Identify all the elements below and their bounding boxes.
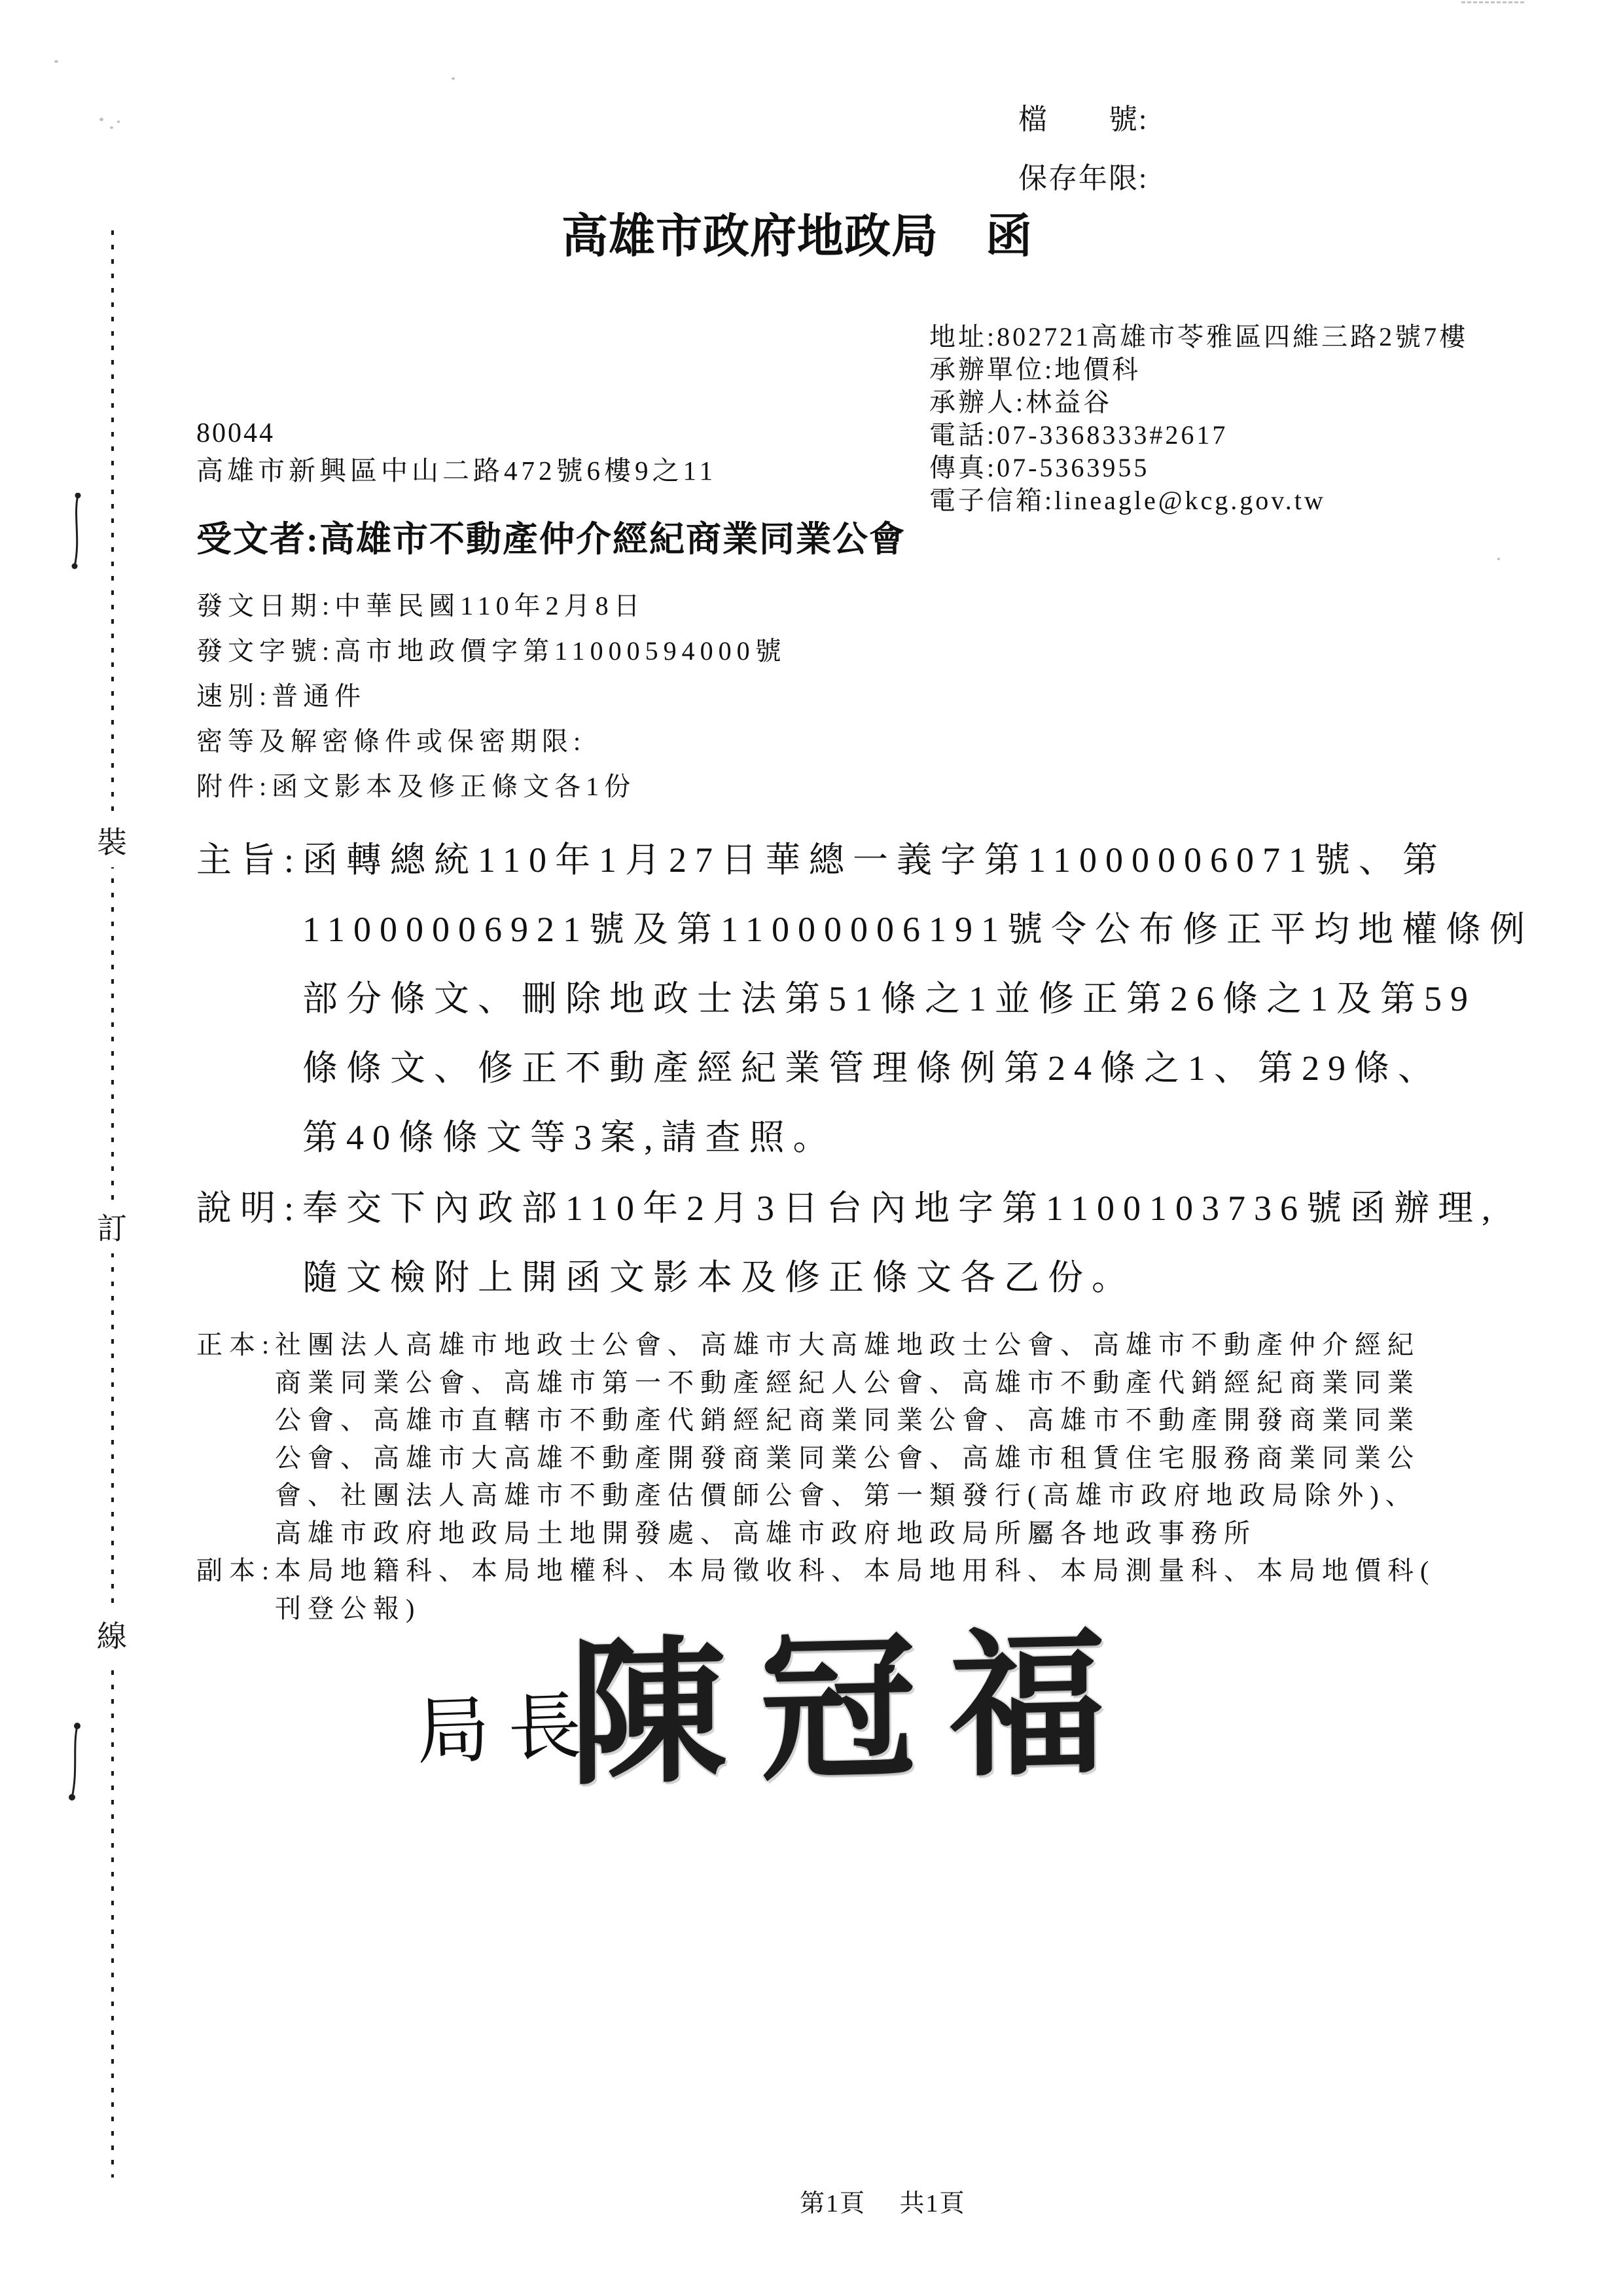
director-signature: 陳冠福 bbox=[569, 1577, 1139, 1814]
primary-recipients-line: 高雄市政府地政局土地開發處、高雄市政府地政局所屬各地政事務所 bbox=[275, 1518, 1257, 1549]
primary-recipients-line: 會、社團法人高雄市不動產估價師公會、第一類發行(高雄市政府地政局除外)、 bbox=[275, 1480, 1418, 1511]
copy-recipients-line: 刊登公報) bbox=[275, 1594, 421, 1624]
primary-recipients-line: 社團法人高雄市地政士公會、高雄市大高雄地政士公會、高雄市不動產仲介經紀 bbox=[275, 1330, 1420, 1360]
explanation-label: 說明: bbox=[196, 1188, 302, 1229]
subject-line: 部分條文、刪除地政士法第51條之1並修正第26條之1及第59 bbox=[302, 978, 1476, 1019]
copy-recipients-line: 本局地籍科、本局地權科、本局徵收科、本局地用科、本局測量科、本局地價科( bbox=[275, 1556, 1435, 1586]
contact-phone: 電話:07-3368333#2617 bbox=[929, 420, 1228, 450]
retention-period-label: 保存年限: bbox=[1018, 162, 1148, 196]
primary-recipients-line: 商業同業公會、高雄市第一不動產經紀人公會、高雄市不動產代銷經紀商業同業 bbox=[275, 1368, 1420, 1398]
recipient-line: 受文者:高雄市不動產仲介經紀商業同業公會 bbox=[196, 519, 906, 560]
scan-noise-speck bbox=[110, 126, 113, 129]
addressee-address: 高雄市新興區中山二路472號6樓9之11 bbox=[196, 456, 717, 486]
scan-noise-speck bbox=[54, 60, 58, 63]
contact-address: 地址:802721高雄市苓雅區四維三路2號7樓 bbox=[929, 322, 1468, 352]
copy-recipients-label: 副本: bbox=[196, 1556, 276, 1586]
contact-person: 承辦人:林益谷 bbox=[929, 387, 1112, 418]
subject-line: 函轉總統110年1月27日華總一義字第11000006071號、第 bbox=[302, 840, 1446, 880]
scan-noise-speck bbox=[452, 77, 455, 80]
subject-label: 主旨: bbox=[196, 840, 302, 880]
explanation-line: 隨文檢附上開函文影本及修正條文各乙份。 bbox=[302, 1257, 1135, 1298]
page-footer: 第1頁 共1頁 bbox=[800, 2190, 966, 2219]
staple-mark-top bbox=[71, 493, 84, 570]
subject-line: 11000006921號及第11000006191號令公布修正平均地權條例 bbox=[302, 909, 1533, 950]
addressee-postal-code: 80044 bbox=[196, 418, 275, 449]
binding-mark-ding: 訂 bbox=[96, 1200, 128, 1253]
scan-noise-speck bbox=[117, 120, 120, 123]
file-number-label: 檔 號: bbox=[1018, 103, 1148, 137]
subject-line: 第40條條文等3案,請查照。 bbox=[302, 1117, 837, 1158]
explanation-line: 奉交下內政部110年2月3日台內地字第1100103736號函辦理, bbox=[302, 1188, 1499, 1229]
document-number: 發文字號:高市地政價字第11000594000號 bbox=[196, 636, 787, 666]
primary-recipients-line: 公會、高雄市大高雄不動產開發商業同業公會、高雄市租賃住宅服務商業同業公 bbox=[275, 1443, 1420, 1473]
scanned-official-letter: 裝 訂 線 檔 號: 保存年限: 高雄市政府地政局 函 地址:802721高雄市… bbox=[0, 0, 1623, 2296]
scan-noise-speck bbox=[1497, 558, 1500, 560]
contact-unit: 承辦單位:地價科 bbox=[929, 355, 1141, 385]
primary-recipients-label: 正本: bbox=[196, 1330, 276, 1360]
scan-noise-speck bbox=[99, 118, 103, 121]
scan-artifact-dash bbox=[1461, 1, 1524, 3]
subject-line: 條條文、修正不動產經紀業管理條例第24條之1、第29條、 bbox=[302, 1048, 1442, 1088]
contact-fax: 傳真:07-5363955 bbox=[929, 453, 1149, 483]
binding-mark-xian: 線 bbox=[96, 1607, 128, 1661]
attachment-note: 附件:函文影本及修正條文各1份 bbox=[196, 772, 635, 802]
security-class: 密等及解密條件或保密期限: bbox=[196, 726, 586, 757]
document-title: 高雄市政府地政局 函 bbox=[562, 211, 1033, 264]
speed-class: 速別:普通件 bbox=[196, 681, 366, 711]
issue-date: 發文日期:中華民國110年2月8日 bbox=[196, 591, 645, 621]
primary-recipients-line: 公會、高雄市直轄市不動產代銷經紀商業同業公會、高雄市不動產開發商業同業 bbox=[275, 1405, 1420, 1435]
contact-email: 電子信箱:lineagle@kcg.gov.tw bbox=[929, 486, 1326, 516]
binding-mark-zhuang: 裝 bbox=[96, 814, 128, 867]
staple-mark-bottom bbox=[69, 1723, 82, 1801]
